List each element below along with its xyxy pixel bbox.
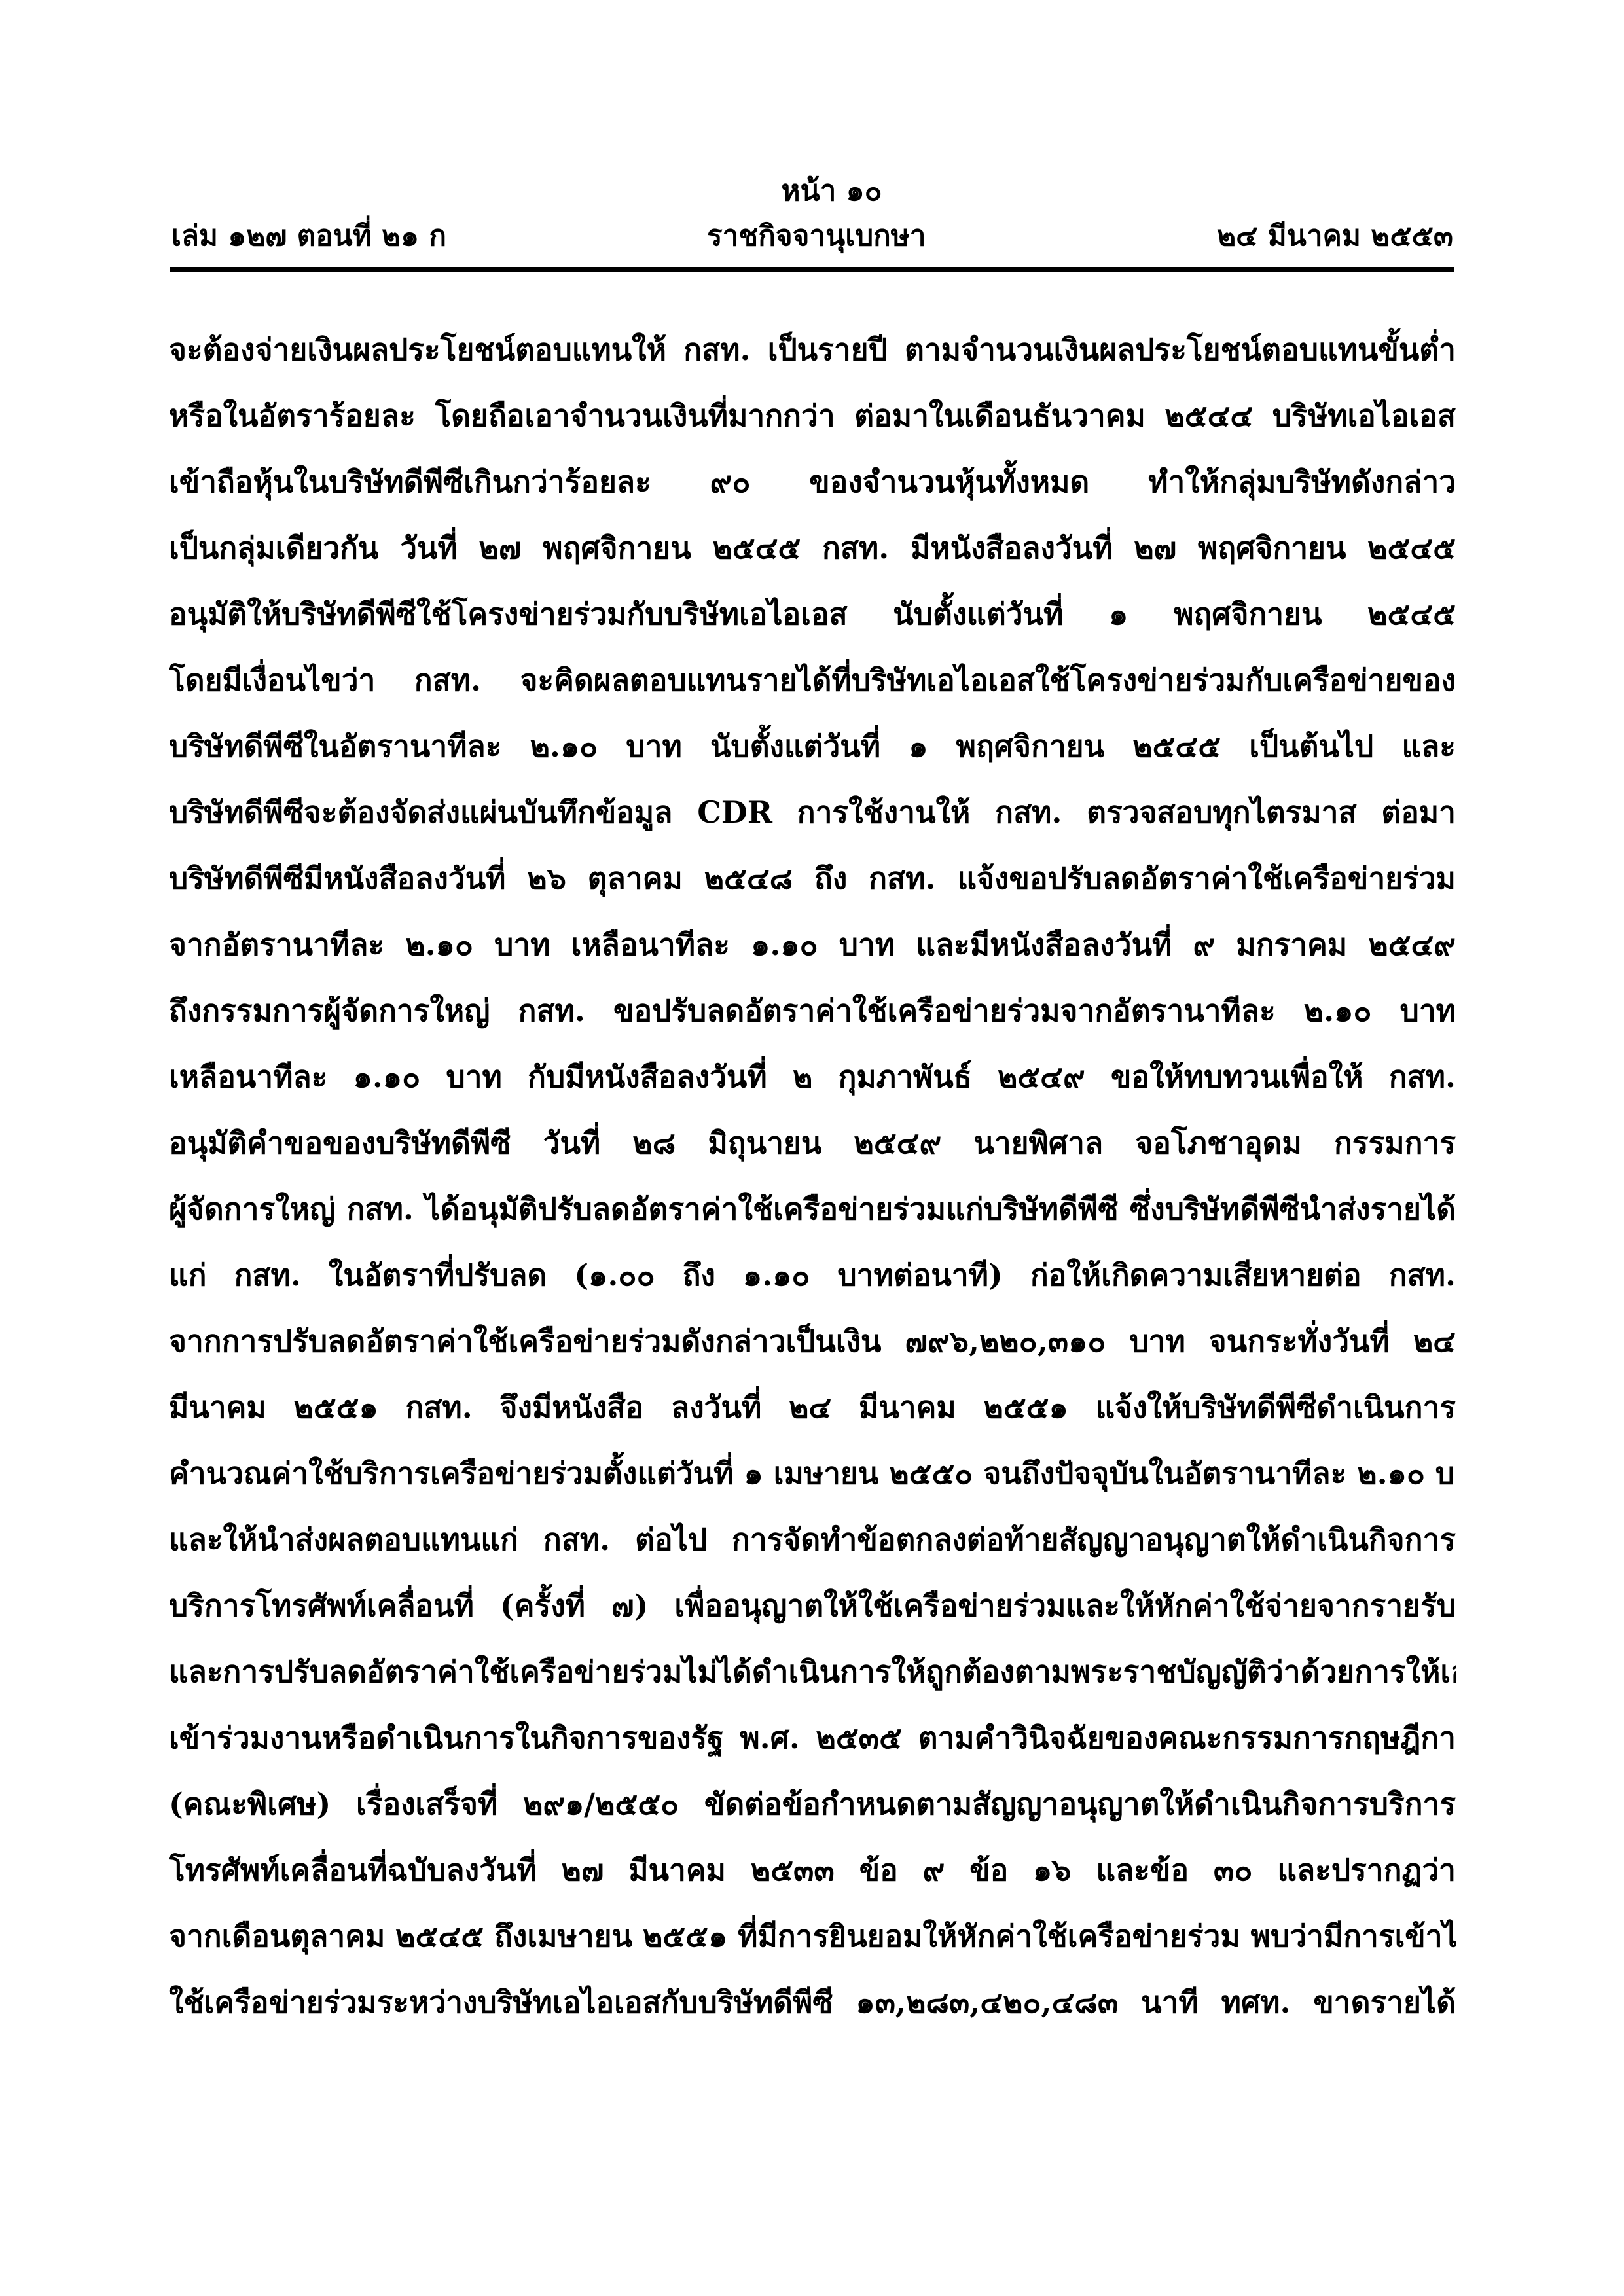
- text-line: เป็นกลุ่มเดียวกัน วันที่ ๒๗ พฤศจิกายน ๒๕…: [169, 515, 1456, 581]
- running-header: เล่ม ๑๒๗ ตอนที่ ๒๑ ก ราชกิจจานุเบกษา ๒๔ …: [171, 216, 1453, 257]
- text-line: จากการปรับลดอัตราค่าใช้เครือข่ายร่วมดังก…: [169, 1308, 1456, 1374]
- text-line: จากอัตรานาทีละ ๒.๑๐ บาท เหลือนาทีละ ๑.๑๐…: [169, 912, 1456, 978]
- text-line: อนุมัติให้บริษัทดีพีซีใช้โครงข่ายร่วมกับ…: [169, 581, 1456, 647]
- text-line: โดยมีเงื่อนไขว่า กสท. จะคิดผลตอบแทนรายได…: [169, 647, 1456, 713]
- header-divider: [170, 267, 1454, 272]
- body-text: จะต้องจ่ายเงินผลประโยชน์ตอบแทนให้ กสท. เ…: [169, 317, 1456, 2036]
- text-line: บริษัทดีพีซีจะต้องจัดส่งแผ่นบันทึกข้อมูล…: [169, 780, 1456, 846]
- page-number: หน้า ๑๐: [0, 171, 1624, 211]
- text-line: โทรศัพท์เคลื่อนที่ฉบับลงวันที่ ๒๗ มีนาคม…: [169, 1837, 1456, 1903]
- text-line: จะต้องจ่ายเงินผลประโยชน์ตอบแทนให้ กสท. เ…: [169, 317, 1456, 383]
- text-line: คำนวณค่าใช้บริการเครือข่ายร่วมตั้งแต่วัน…: [169, 1441, 1456, 1507]
- text-line: อนุมัติคำขอของบริษัทดีพีซี วันที่ ๒๘ มิถ…: [169, 1110, 1456, 1176]
- text-line: จากเดือนตุลาคม ๒๕๔๕ ถึงเมษายน ๒๕๕๑ ที่มี…: [169, 1903, 1456, 1969]
- text-line: เหลือนาทีละ ๑.๑๐ บาท กับมีหนังสือลงวันที…: [169, 1044, 1456, 1110]
- text-line: แก่ กสท. ในอัตราที่ปรับลด (๑.๐๐ ถึง ๑.๑๐…: [169, 1242, 1456, 1308]
- text-line: บริการโทรศัพท์เคลื่อนที่ (ครั้งที่ ๗) เพ…: [169, 1573, 1456, 1639]
- text-line: ผู้จัดการใหญ่ กสท. ได้อนุมัติปรับลดอัตรา…: [169, 1176, 1456, 1242]
- text-line: หรือในอัตราร้อยละ โดยถือเอาจำนวนเงินที่ม…: [169, 383, 1456, 449]
- publication-date: ๒๔ มีนาคม ๒๕๕๓: [1217, 216, 1453, 257]
- text-line: บริษัทดีพีซีในอัตรานาทีละ ๒.๑๐ บาท นับตั…: [169, 713, 1456, 780]
- text-line: (คณะพิเศษ) เรื่องเสร็จที่ ๒๙๑/๒๕๕๐ ขัดต่…: [169, 1771, 1456, 1837]
- text-line: และให้นำส่งผลตอบแทนแก่ กสท. ต่อไป การจัด…: [169, 1507, 1456, 1573]
- document-page: หน้า ๑๐ เล่ม ๑๒๗ ตอนที่ ๒๑ ก ราชกิจจานุเ…: [0, 0, 1624, 2296]
- text-line: บริษัทดีพีซีมีหนังสือลงวันที่ ๒๖ ตุลาคม …: [169, 846, 1456, 912]
- text-line: ใช้เครือข่ายร่วมระหว่างบริษัทเอไอเอสกับบ…: [169, 1969, 1456, 2036]
- text-line: มีนาคม ๒๕๕๑ กสท. จึงมีหนังสือ ลงวันที่ ๒…: [169, 1374, 1456, 1441]
- text-line: เข้าถือหุ้นในบริษัทดีพีซีเกินกว่าร้อยละ …: [169, 449, 1456, 515]
- volume-issue: เล่ม ๑๒๗ ตอนที่ ๒๑ ก: [171, 216, 446, 257]
- text-line: และการปรับลดอัตราค่าใช้เครือข่ายร่วมไม่ไ…: [169, 1639, 1456, 1705]
- publication-title: ราชกิจจานุเบกษา: [707, 216, 926, 257]
- text-line: ถึงกรรมการผู้จัดการใหญ่ กสท. ขอปรับลดอัต…: [169, 978, 1456, 1044]
- text-line: เข้าร่วมงานหรือดำเนินการในกิจการของรัฐ พ…: [169, 1705, 1456, 1771]
